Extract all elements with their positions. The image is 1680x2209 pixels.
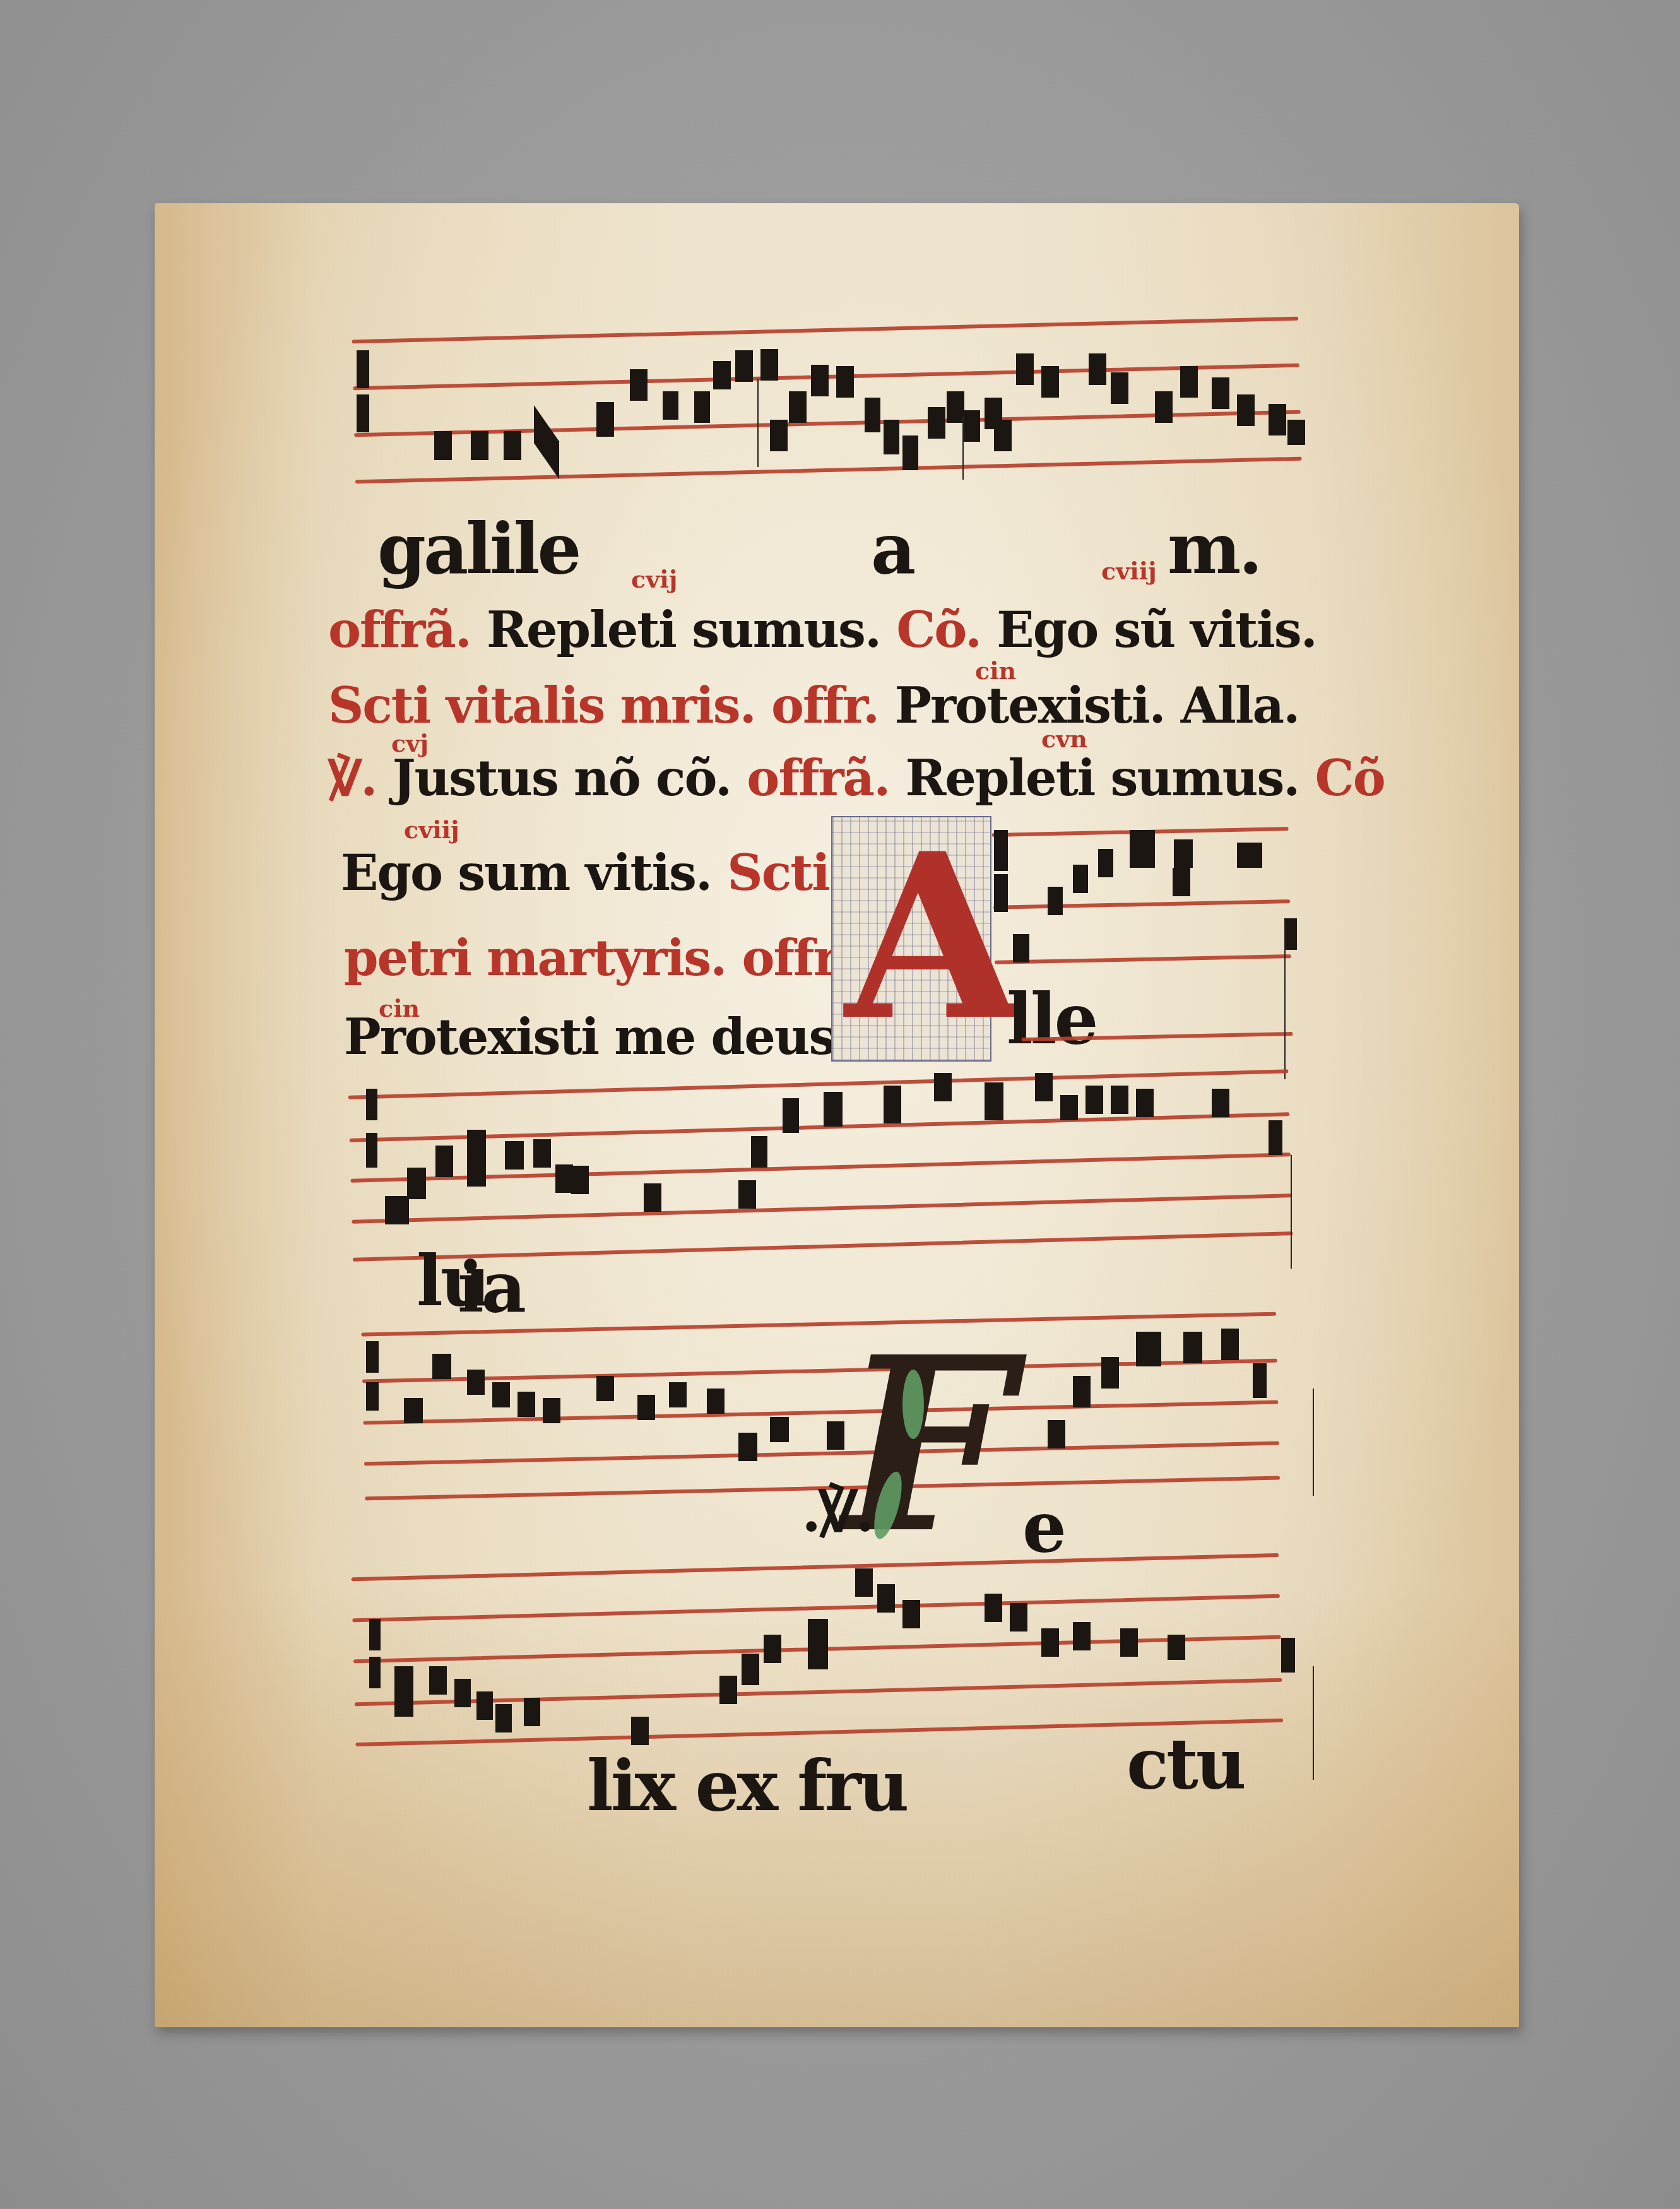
text-line-6: Protexisti me deus. <box>344 1013 851 1062</box>
chant-justus: Justus nõ cõ. <box>393 750 731 807</box>
chant-alleluia: Alla. <box>1181 677 1299 735</box>
lyric-galile: galile <box>377 514 579 584</box>
chant-protexisti-me: Protexisti me deus. <box>344 1009 851 1066</box>
rubric-offertory: offrã. <box>328 601 471 659</box>
lyric-ctu: ctu <box>1127 1729 1244 1799</box>
chant-repleti-2: Repleti sumus. <box>905 750 1299 807</box>
folio-cvn: cvn <box>1041 725 1087 753</box>
green-leaf-ornament <box>902 1370 924 1439</box>
illuminated-initial-a: A <box>831 816 991 1062</box>
folio-cviij-2: cviij <box>404 815 459 844</box>
lyric-e: e <box>1022 1493 1064 1562</box>
text-line-1: offrã. Repleti sumus. Cõ. Ego sũ vitis. <box>328 606 1316 655</box>
rubric-offertory-3: offrã. <box>747 750 889 807</box>
rubric-petri-martyris: petri martyris. offr. <box>344 930 849 987</box>
lyric-m: m. <box>1168 514 1260 584</box>
chant-protexisti: Protexisti. <box>894 677 1164 735</box>
versicle-mark: .℣. <box>802 1483 872 1540</box>
rubric-versicle: ℣. <box>328 750 377 807</box>
rubric-communion: Cõ. <box>896 601 981 659</box>
initial-letter-a: A <box>845 824 978 1051</box>
lyric-a: a <box>871 514 913 584</box>
chant-ego-sum-2: Ego sum vitis. <box>341 844 711 902</box>
folio-cvij: cvij <box>631 565 677 593</box>
chant-ego-sum: Ego sũ vitis. <box>997 601 1316 659</box>
text-line-3: ℣. Justus nõ cõ. offrã. Repleti sumus. C… <box>328 754 1385 803</box>
rubric-scti: Scti <box>727 844 829 902</box>
lyric-lix-ex-fru: lix ex fru <box>587 1751 907 1821</box>
rubric-communion-2: Cõ <box>1315 750 1385 807</box>
rubric-vitalis: Scti vitalis mris. <box>328 677 755 735</box>
chant-repleti: Repleti sumus. <box>487 601 880 659</box>
text-line-2: Scti vitalis mris. offr. Protexisti. All… <box>328 682 1299 731</box>
lyric-ia: ia <box>458 1253 524 1322</box>
folio-cviij: cviij <box>1101 557 1157 585</box>
text-line-5: petri martyris. offr. <box>344 934 849 983</box>
rubric-offertory-2: offr. <box>771 677 878 735</box>
text-line-4: Ego sum vitis. Scti <box>341 849 829 898</box>
